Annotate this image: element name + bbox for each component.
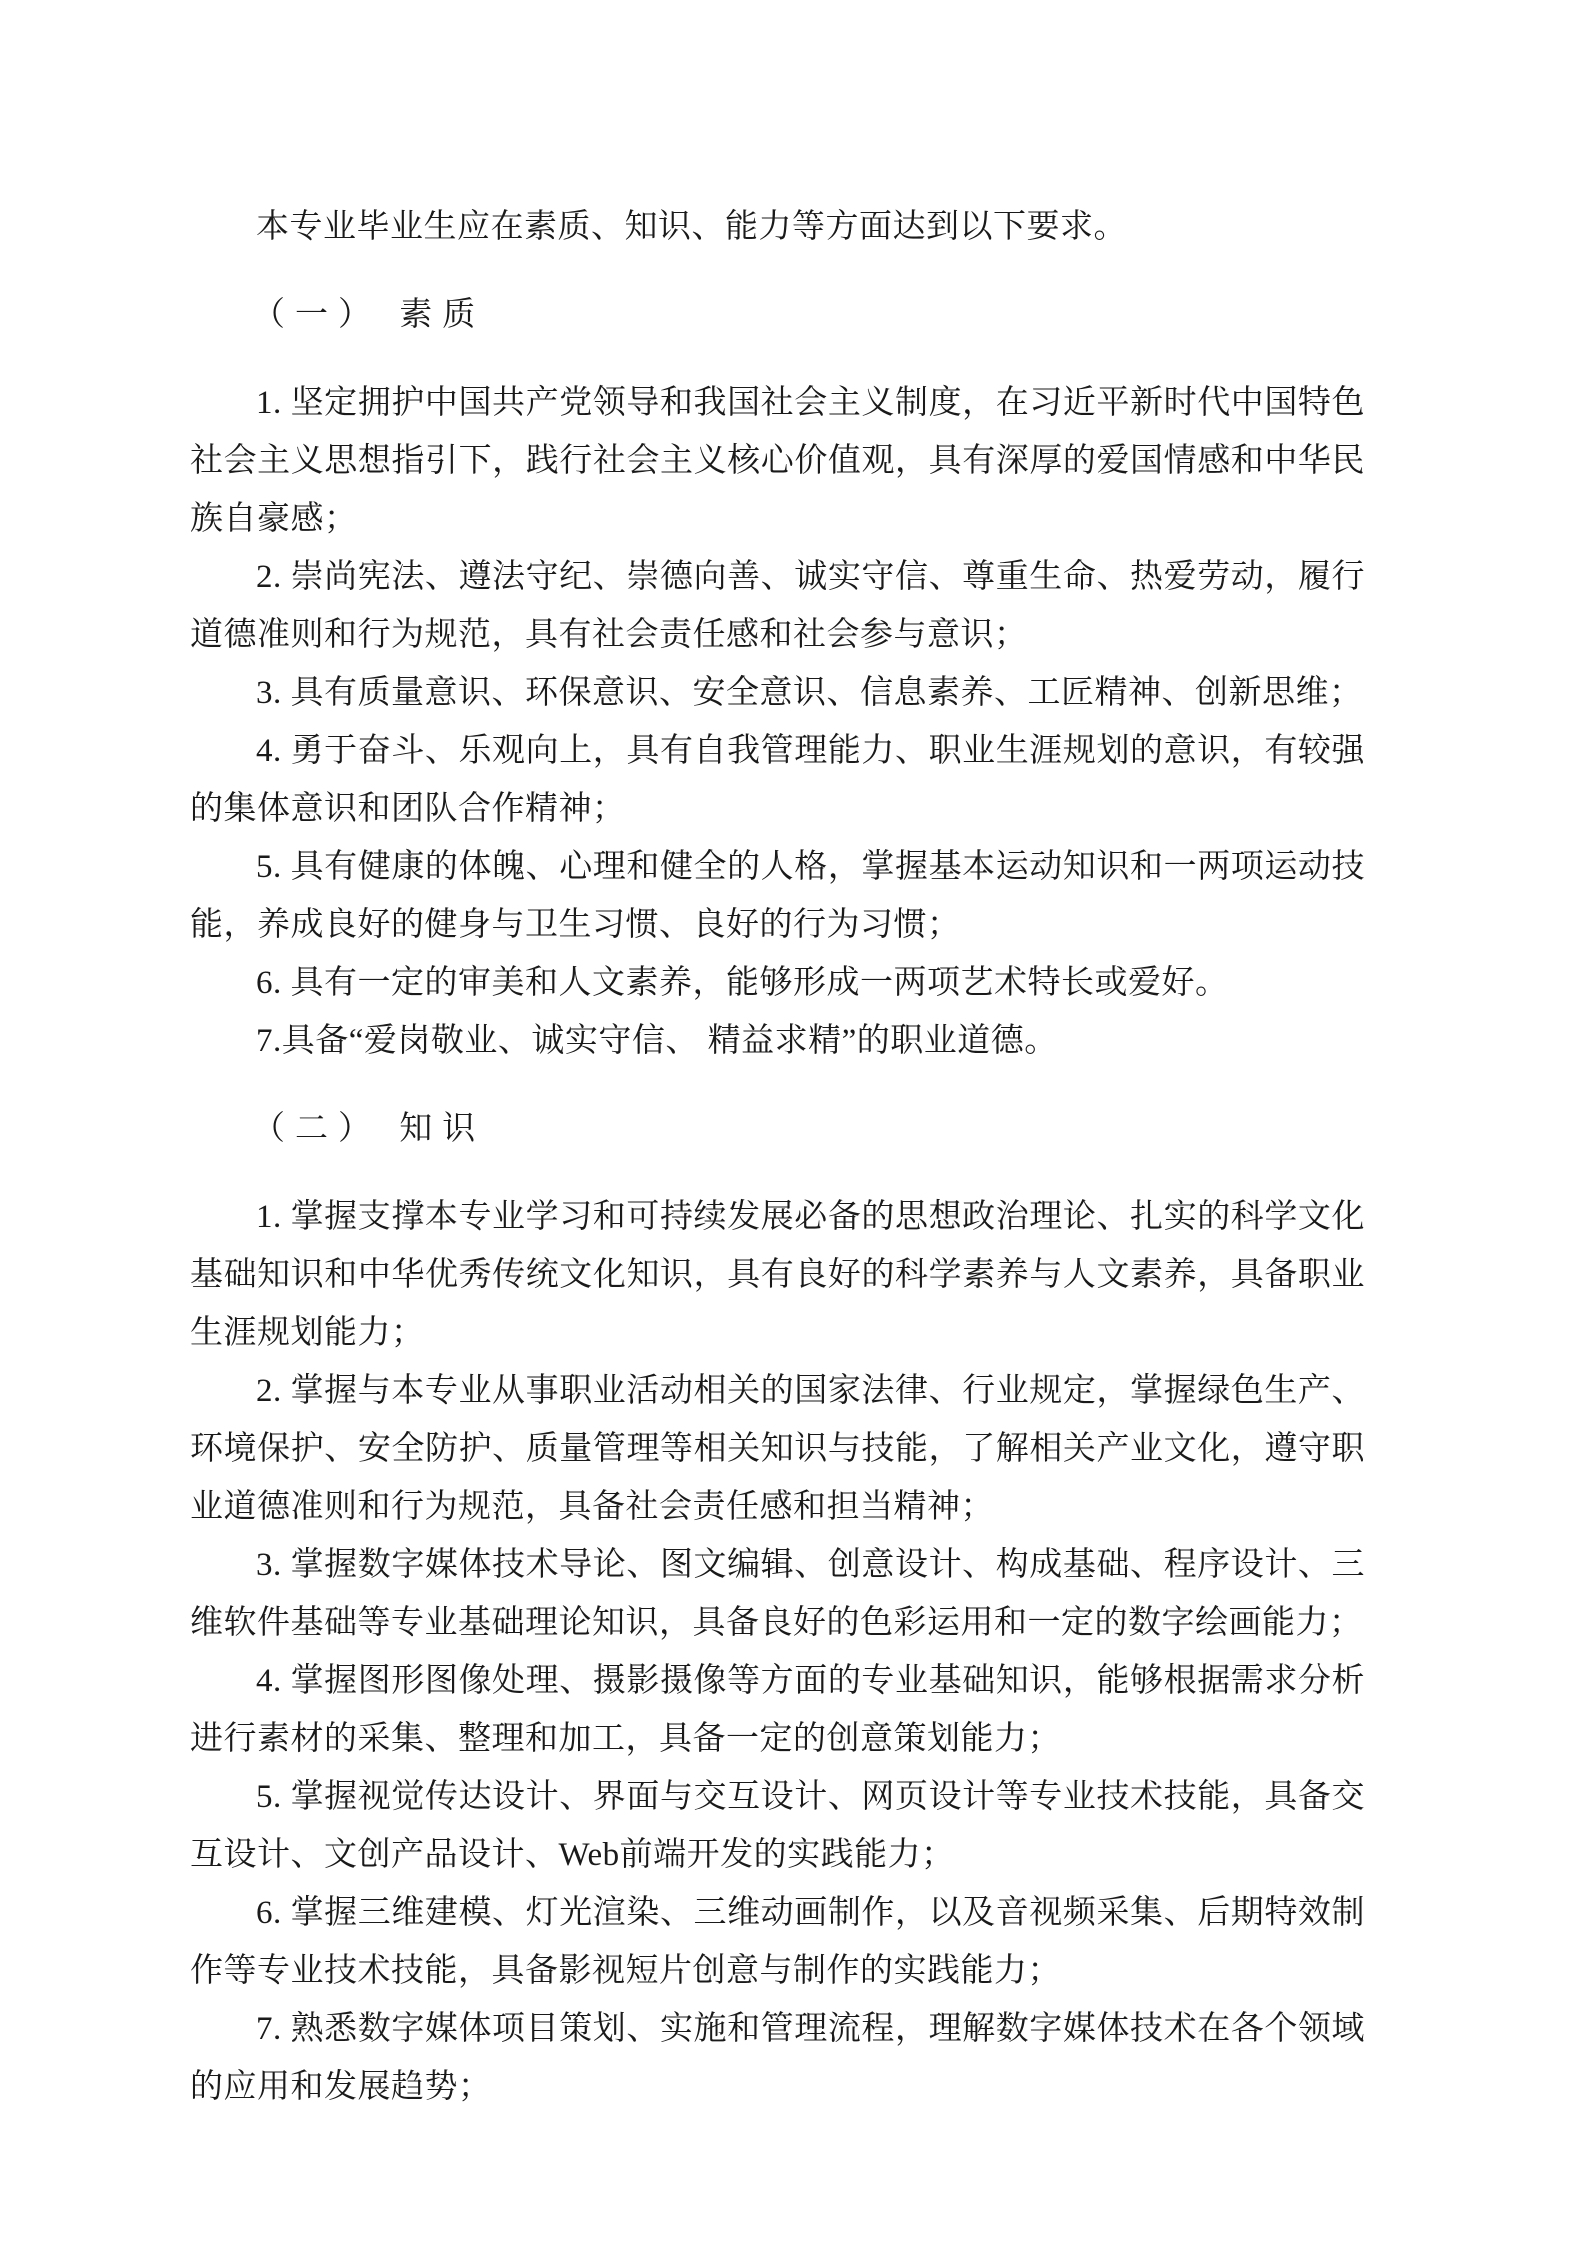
- knowledge-item-4: 4. 掌握图形图像处理、摄影摄像等方面的专业基础知识，能够根据需求分析进行素材的…: [190, 1652, 1365, 1768]
- quality-item-1: 1. 坚定拥护中国共产党领导和我国社会主义制度，在习近平新时代中国特色社会主义思…: [190, 374, 1365, 548]
- knowledge-item-7: 7. 熟悉数字媒体项目策划、实施和管理流程，理解数字媒体技术在各个领域的应用和发…: [190, 2000, 1365, 2116]
- knowledge-item-5: 5. 掌握视觉传达设计、界面与交互设计、网页设计等专业技术技能，具备交互设计、文…: [190, 1768, 1365, 1884]
- quality-item-4: 4. 勇于奋斗、乐观向上，具有自我管理能力、职业生涯规划的意识，有较强的集体意识…: [190, 722, 1365, 838]
- quality-item-6: 6. 具有一定的审美和人文素养，能够形成一两项艺术特长或爱好。: [190, 954, 1365, 1012]
- quality-item-5: 5. 具有健康的体魄、心理和健全的人格，掌握基本运动知识和一两项运动技能，养成良…: [190, 838, 1365, 954]
- section-heading-knowledge: （二） 知识: [190, 1100, 1365, 1158]
- knowledge-item-1: 1. 掌握支撑本专业学习和可持续发展必备的思想政治理论、扎实的科学文化基础知识和…: [190, 1188, 1365, 1362]
- knowledge-item-3: 3. 掌握数字媒体技术导论、图文编辑、创意设计、构成基础、程序设计、三维软件基础…: [190, 1536, 1365, 1652]
- knowledge-item-2: 2. 掌握与本专业从事职业活动相关的国家法律、行业规定，掌握绿色生产、环境保护、…: [190, 1362, 1365, 1536]
- document-page: 本专业毕业生应在素质、知识、能力等方面达到以下要求。 （一） 素质 1. 坚定拥…: [0, 0, 1587, 2245]
- section-heading-quality: （一） 素质: [190, 286, 1365, 344]
- intro-paragraph: 本专业毕业生应在素质、知识、能力等方面达到以下要求。: [190, 198, 1365, 256]
- knowledge-item-6: 6. 掌握三维建模、灯光渲染、三维动画制作，以及音视频采集、后期特效制作等专业技…: [190, 1884, 1365, 2000]
- quality-item-3: 3. 具有质量意识、环保意识、安全意识、信息素养、工匠精神、创新思维；: [190, 664, 1365, 722]
- quality-item-2: 2. 崇尚宪法、遵法守纪、崇德向善、诚实守信、尊重生命、热爱劳动，履行道德准则和…: [190, 548, 1365, 664]
- quality-item-7: 7.具备“爱岗敬业、诚实守信、 精益求精”的职业道德。: [190, 1012, 1365, 1070]
